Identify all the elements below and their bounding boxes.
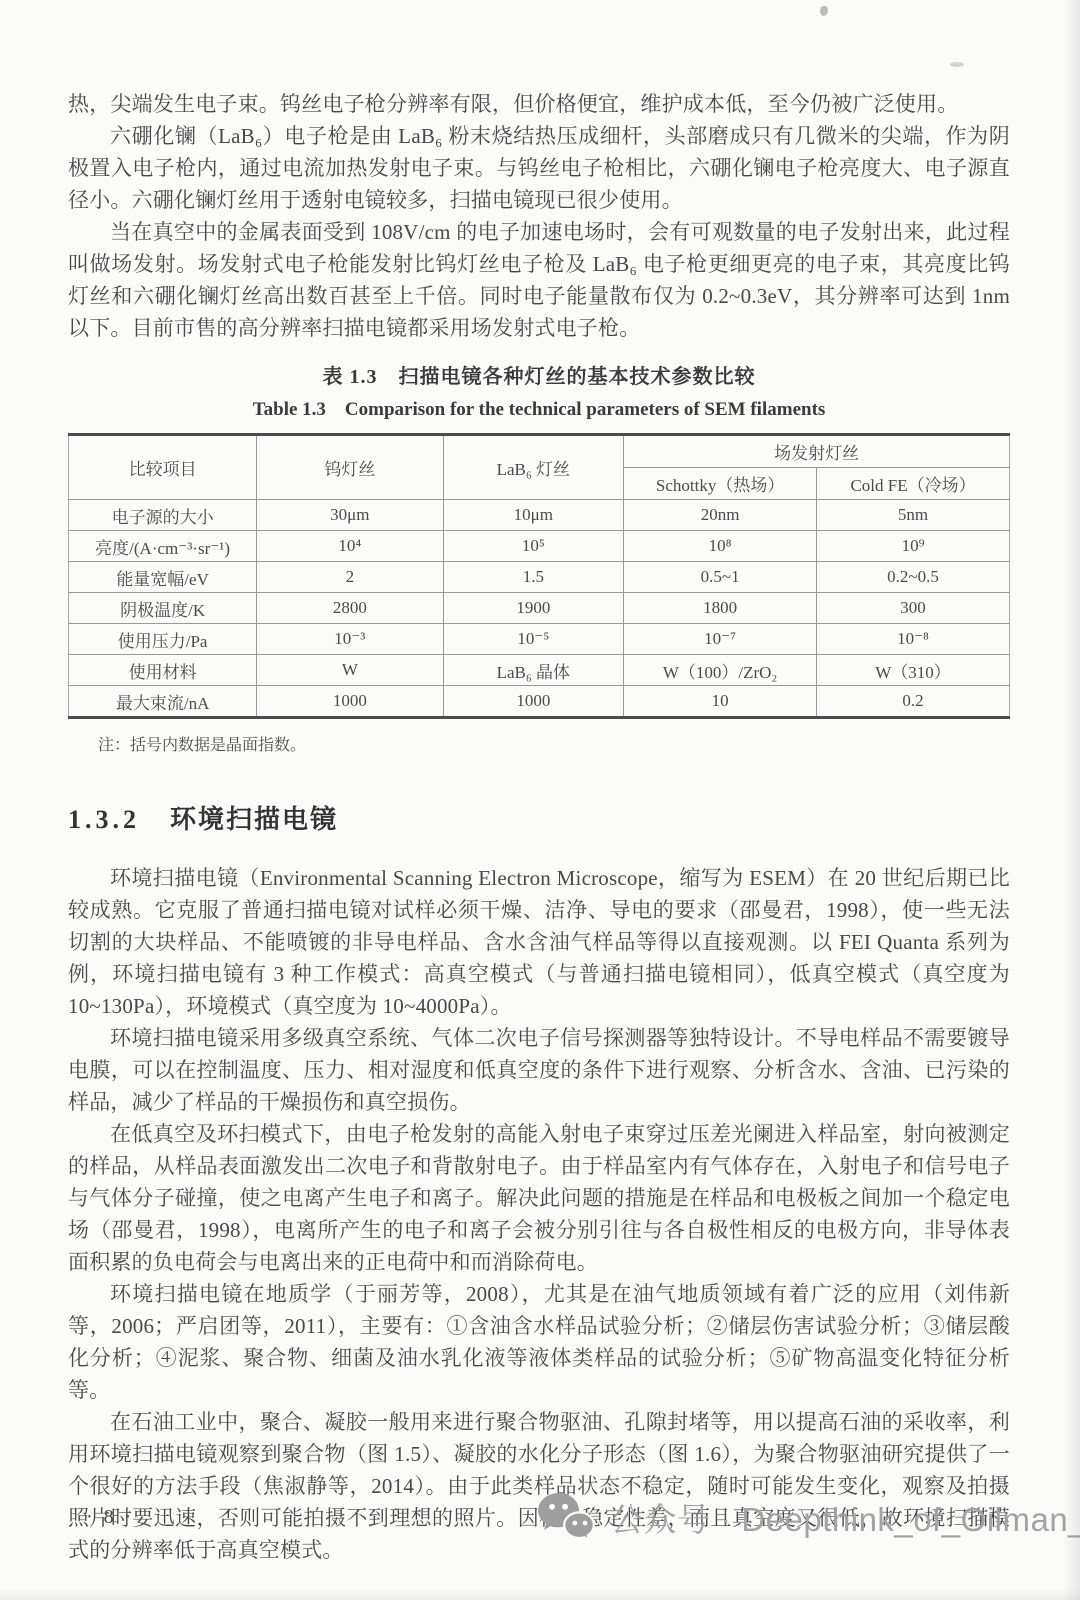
table-cell: 1000 [257, 686, 443, 718]
page-number: · 8 · [86, 1506, 134, 1529]
paragraph: 六硼化镧（LaB₆）电子枪是由 LaB₆ 粉末烧结热压成细杆，头部磨成只有几微米… [68, 120, 1010, 216]
table-cell: 5nm [817, 500, 1010, 531]
table-cell: W（100）/ZrO₂ [624, 655, 817, 686]
scan-artifact [950, 62, 964, 67]
table-cell: 1900 [443, 593, 624, 624]
table-row: 阴极温度/K 2800 1900 1800 300 [69, 593, 1010, 624]
table-cell: 使用压力/Pa [69, 624, 257, 655]
wechat-icon [536, 1491, 596, 1543]
table-cell: W（310） [817, 655, 1010, 686]
table-cell: 300 [817, 593, 1010, 624]
paragraph: 当在真空中的金属表面受到 108V/cm 的电子加速电场时，会有可观数量的电子发… [68, 216, 1010, 344]
table-cell: 1.5 [443, 562, 624, 593]
scan-edge-shading [0, 1588, 1080, 1600]
paragraph: 热，尖端发生电子束。钨丝电子枪分辨率有限，但价格便宜，维护成本低，至今仍被广泛使… [68, 88, 1010, 120]
table-note: 注：括号内数据是晶面指数。 [68, 732, 1010, 755]
table-cell: 10⁸ [624, 531, 817, 562]
table-header-cell: Schottky（热场） [624, 468, 817, 500]
table-row: 最大束流/nA 1000 1000 10 0.2 [69, 686, 1010, 718]
table-cell: W [257, 655, 443, 686]
table-cell: 1800 [624, 593, 817, 624]
table-cell: 电子源的大小 [69, 500, 257, 531]
table-row: 电子源的大小 30μm 10μm 20nm 5nm [69, 500, 1010, 531]
table-cell: 0.5~1 [624, 562, 817, 593]
table-cell: 使用材料 [69, 655, 257, 686]
table-header-cell: 场发射灯丝 [624, 435, 1010, 468]
table-header-cell: Cold FE（冷场） [817, 468, 1010, 500]
table-cell: 0.2~0.5 [817, 562, 1010, 593]
scan-edge-shading [1064, 0, 1080, 1600]
table-header-cell: 钨灯丝 [257, 435, 443, 500]
table-cell: 10⁻⁷ [624, 624, 817, 655]
table-header-cell: 比较项目 [69, 435, 257, 500]
table-cell: 10⁻⁵ [443, 624, 624, 655]
paragraph: 环境扫描电镜采用多级真空系统、气体二次电子信号探测器等独特设计。不导电样品不需要… [68, 1022, 1010, 1118]
table-cell: 1000 [443, 686, 624, 718]
section-heading: 1.3.2 环境扫描电镜 [68, 799, 1010, 836]
table-cell: 20nm [624, 500, 817, 531]
table-cell: 10⁵ [443, 531, 624, 562]
table-cell: 10 [624, 686, 817, 718]
table-header-row: 比较项目 钨灯丝 LaB₆ 灯丝 场发射灯丝 [69, 435, 1010, 468]
table-title-en: Table 1.3 Comparison for the technical p… [68, 394, 1010, 421]
table-title-zh: 表 1.3 扫描电镜各种灯丝的基本技术参数比较 [68, 360, 1010, 389]
table-cell: 30μm [257, 500, 443, 531]
table-cell: 亮度/(A·cm⁻³·sr⁻¹) [69, 531, 257, 562]
paragraph: 在低真空及环扫模式下，由电子枪发射的高能入射电子束穿过压差光阑进入样品室，射向被… [68, 1118, 1010, 1278]
table-cell: 2800 [257, 593, 443, 624]
table-cell: 0.2 [817, 686, 1010, 718]
section-title: 环境扫描电镜 [170, 799, 338, 836]
table-cell: 10μm [443, 500, 624, 531]
table-row: 使用材料 W LaB₆ 晶体 W（100）/ZrO₂ W（310） [69, 655, 1010, 686]
table-cell: 2 [257, 562, 443, 593]
table-row: 亮度/(A·cm⁻³·sr⁻¹) 10⁴ 10⁵ 10⁸ 10⁹ [69, 531, 1010, 562]
table-header-cell: LaB₆ 灯丝 [443, 435, 624, 500]
table-cell: 10⁴ [257, 531, 443, 562]
scan-artifact [820, 6, 828, 16]
paragraph: 环境扫描电镜在地质学（于丽芳等，2008），尤其是在油气地质领域有着广泛的应用（… [68, 1278, 1010, 1406]
table-row: 使用压力/Pa 10⁻³ 10⁻⁵ 10⁻⁷ 10⁻⁸ [69, 624, 1010, 655]
table-cell: 10⁹ [817, 531, 1010, 562]
table-cell: 能量宽幅/eV [69, 562, 257, 593]
table-cell: 阴极温度/K [69, 593, 257, 624]
table-row: 能量宽幅/eV 2 1.5 0.5~1 0.2~0.5 [69, 562, 1010, 593]
table-cell: 10⁻³ [257, 624, 443, 655]
filament-comparison-table: 比较项目 钨灯丝 LaB₆ 灯丝 场发射灯丝 Schottky（热场） Cold… [68, 433, 1010, 719]
watermark-text: 公众号 · Deepthink_of_Oilman_ [610, 1494, 1080, 1541]
watermark: 公众号 · Deepthink_of_Oilman_ [536, 1486, 1080, 1548]
table-cell: 10⁻⁸ [817, 624, 1010, 655]
table-cell: LaB₆ 晶体 [443, 655, 624, 686]
paragraph: 环境扫描电镜（Environmental Scanning Electron M… [68, 862, 1010, 1022]
table-cell: 最大束流/nA [69, 686, 257, 718]
section-number: 1.3.2 [68, 805, 140, 835]
page-content: 热，尖端发生电子束。钨丝电子枪分辨率有限，但价格便宜，维护成本低，至今仍被广泛使… [68, 88, 1010, 1566]
